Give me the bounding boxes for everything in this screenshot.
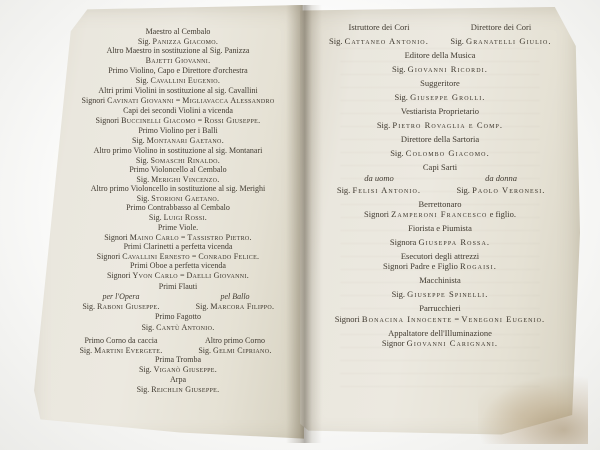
text: Sig. xyxy=(196,302,211,311)
text: Altro primo Violino in sostituzione al s… xyxy=(94,146,263,155)
person-name: Reichlin Giuseppe. xyxy=(151,385,219,394)
person-name: Giuseppa Rossa. xyxy=(418,237,490,247)
role-title-line: Primo Violino, Capo e Direttore d'orches… xyxy=(64,67,292,75)
name-line: Sig. Giovanni Ricordi. xyxy=(318,65,562,74)
name-line: Sig. Pietro Rovaglia e Comp. xyxy=(318,121,562,130)
text: Sig. xyxy=(82,302,97,311)
person-name: Cavallini Eugenio. xyxy=(150,76,220,85)
two-column-line: per l'Operapel Ballo xyxy=(64,293,292,301)
person-name: Viganò Giuseppe. xyxy=(154,365,217,374)
right-page-text-block: Istruttore dei CoriDirettore dei CoriSig… xyxy=(318,23,562,353)
text: Sig. xyxy=(141,323,156,332)
text: da donna xyxy=(485,173,517,183)
text: Prima Tromba xyxy=(155,355,201,364)
text: Sig. xyxy=(137,194,152,203)
role-title-line: Macchinista xyxy=(318,276,562,285)
text: Sig. xyxy=(136,156,151,165)
text: Sig. xyxy=(136,76,151,85)
text: Signori Padre e Figlio xyxy=(383,261,460,271)
name-line: Sig. Somaschi Rinaldo. xyxy=(64,157,292,165)
text: Esecutori degli attrezzi xyxy=(401,251,479,261)
text: Direttore della Sartoria xyxy=(401,134,479,144)
person-name: Rossi Giuseppe. xyxy=(204,116,260,125)
left-page: Maestro al CembaloSig. Panizza Giacomo.A… xyxy=(28,5,304,443)
role-title-line: Vestiarista Proprietario xyxy=(318,107,562,116)
text: Sig. xyxy=(450,36,466,46)
person-name: Storioni Gaetano. xyxy=(151,194,219,203)
column: Direttore dei Cori xyxy=(440,23,562,32)
role-title-line: Primo Fagotto xyxy=(64,313,292,321)
text: Sig. xyxy=(394,92,410,102)
person-name: Felisi Antonio. xyxy=(352,185,421,195)
text: Sig. xyxy=(390,148,406,158)
role-title-line: Prima Tromba xyxy=(64,356,292,364)
two-column-line: Istruttore dei CoriDirettore dei Cori xyxy=(318,23,562,32)
name-line: Signori Padre e Figlio Rogaisi. xyxy=(318,262,562,271)
column: Sig. Paolo Veronesi. xyxy=(440,186,562,195)
person-name: Zamperoni Francesco xyxy=(391,209,487,219)
person-name: Raboni Giuseppe. xyxy=(97,302,160,311)
text: Sig. xyxy=(392,289,408,299)
text: Sig. xyxy=(392,64,408,74)
name-line: Sig. Luigi Rossi. xyxy=(64,214,292,222)
name-line: Sig. Giuseppe Grolli. xyxy=(318,93,562,102)
person-name: Buccinelli Giacomo xyxy=(121,116,196,125)
role-title-line: Primo Violoncello al Cembalo xyxy=(64,166,292,174)
role-title-line: Primo Violino per i Balli xyxy=(64,127,292,135)
person-name: Panizza Giacomo. xyxy=(152,37,218,46)
text: Altri primi Violini in sostituzione al s… xyxy=(98,86,257,95)
person-name: Giovanni Ricordi. xyxy=(408,64,488,74)
role-title-line: Esecutori degli attrezzi xyxy=(318,252,562,261)
text: Capi dei secondi Violini a vicenda xyxy=(123,106,233,115)
role-title-line: Berrettonaro xyxy=(318,200,562,209)
name-line: Signori Bonacina Innocente = Venegoni Eu… xyxy=(318,315,562,324)
text: Primi Oboe a perfetta vicenda xyxy=(130,261,226,270)
text: Istruttore dei Cori xyxy=(349,22,410,32)
two-column-line: Sig. Felisi Antonio.Sig. Paolo Veronesi. xyxy=(318,186,562,195)
column: Sig. Marcora Filippo. xyxy=(178,303,292,311)
text: Appaltatore dell'Illuminazione xyxy=(388,328,492,338)
person-name: Yvon Carlo xyxy=(133,271,178,280)
person-name: Bajetti Giovanni. xyxy=(146,56,211,65)
name-line: Signori Buccinelli Giacomo = Rossi Giuse… xyxy=(64,117,292,125)
two-column-line: Sig. Raboni Giuseppe.Sig. Marcora Filipp… xyxy=(64,303,292,311)
text: Sig. xyxy=(79,346,94,355)
text: Primi Flauti xyxy=(159,282,197,291)
column: Sig. Raboni Giuseppe. xyxy=(64,303,178,311)
person-name: Cavinati Giovanni xyxy=(107,96,174,105)
person-name: Somaschi Rinaldo. xyxy=(151,156,221,165)
role-title-line: Primi Oboe a perfetta vicenda xyxy=(64,262,292,270)
text: Signori xyxy=(335,314,362,324)
text: Primo Corno da caccia xyxy=(84,336,157,345)
person-name: Giovanni Carignani. xyxy=(407,338,499,348)
person-name: Rogaisi. xyxy=(460,261,497,271)
column: Sig. Granatelli Giulio. xyxy=(440,37,562,46)
scanned-book-spread: Maestro al CembaloSig. Panizza Giacomo.A… xyxy=(0,0,600,450)
text: Primo Violoncello al Cembalo xyxy=(129,165,226,174)
person-name: Conrado Felice. xyxy=(198,252,259,261)
person-name: Marcora Filippo. xyxy=(210,302,274,311)
text: Sig. xyxy=(132,136,147,145)
person-name: Granatelli Giulio. xyxy=(466,36,552,46)
person-name: Merighi Vincenzo. xyxy=(151,175,220,184)
text: Sig. xyxy=(138,37,153,46)
role-title-line: Editore della Musica xyxy=(318,51,562,60)
text: Sig. xyxy=(136,175,151,184)
text: Sig. xyxy=(456,185,472,195)
name-line: Signora Giuseppa Rossa. xyxy=(318,238,562,247)
text: Altro Maestro in sostituzione al Sig. Pa… xyxy=(107,46,250,55)
text: Primo Fagotto xyxy=(155,312,201,321)
text: = xyxy=(452,314,461,324)
text: Altro primo Violoncello in sostituzione … xyxy=(91,184,265,193)
text: Prime Viole. xyxy=(158,223,198,232)
name-line: Signori Cavallini Ernesto = Conrado Feli… xyxy=(64,253,292,261)
name-line: Sig. Giuseppe Spinelli. xyxy=(318,290,562,299)
person-name: Luigi Rossi. xyxy=(164,213,208,222)
name-line: Sig. Colombo Giacomo. xyxy=(318,149,562,158)
role-title-line: Prime Viole. xyxy=(64,224,292,232)
text: pel Ballo xyxy=(220,292,249,301)
text: Sig. xyxy=(137,385,152,394)
text: Capi Sarti xyxy=(423,162,457,172)
role-title-line: Appaltatore dell'Illuminazione xyxy=(318,329,562,338)
role-title-line: Altro primo Violoncello in sostituzione … xyxy=(64,185,292,193)
text: = xyxy=(174,96,183,105)
text: Sig. xyxy=(198,346,213,355)
name-line: Sig. Cantù Antonio. xyxy=(64,324,292,332)
text: Signora xyxy=(390,237,419,247)
text: Parrucchieri xyxy=(419,303,461,313)
column: Sig. Gelmi Cipriano. xyxy=(178,347,292,355)
person-name: Martini Evergete. xyxy=(94,346,162,355)
name-line: Signori Yvon Carlo = Daelli Giovanni. xyxy=(64,272,292,280)
text: Maestro al Cembalo xyxy=(146,27,211,36)
text: per l'Opera xyxy=(102,292,139,301)
column: Altro primo Corno xyxy=(178,337,292,345)
role-title-line: Altro primo Violino in sostituzione al s… xyxy=(64,147,292,155)
role-title-line: Primi Clarinetti a perfetta vicenda xyxy=(64,243,292,251)
person-name: Cantù Antonio. xyxy=(156,323,214,332)
name-line: Signori Cavinati Giovanni = Migliavacca … xyxy=(64,97,292,105)
person-name: Cattaneo Antonio. xyxy=(345,36,429,46)
column: per l'Opera xyxy=(64,293,178,301)
role-title-line: Suggeritore xyxy=(318,79,562,88)
name-line: Sig. Montanari Gaetano. xyxy=(64,137,292,145)
name-line: Sig. Storioni Gaetano. xyxy=(64,195,292,203)
column: Primo Corno da caccia xyxy=(64,337,178,345)
text: Signori xyxy=(97,252,123,261)
text: Macchinista xyxy=(419,275,461,285)
column: Sig. Martini Evergete. xyxy=(64,347,178,355)
person-name: Venegoni Eugenio. xyxy=(461,314,545,324)
two-column-line: Sig. Cattaneo Antonio.Sig. Granatelli Gi… xyxy=(318,37,562,46)
name-line: Sig. Panizza Giacomo. xyxy=(64,38,292,46)
person-name: Paolo Veronesi. xyxy=(472,185,545,195)
text: Signor xyxy=(382,338,407,348)
role-title-line: Arpa xyxy=(64,376,292,384)
two-column-line: Sig. Martini Evergete.Sig. Gelmi Ciprian… xyxy=(64,347,292,355)
name-line: Signor Giovanni Carignani. xyxy=(318,339,562,348)
column: da uomo xyxy=(318,174,440,183)
role-title-line: Parrucchieri xyxy=(318,304,562,313)
text: Signori xyxy=(107,271,133,280)
column: da donna xyxy=(440,174,562,183)
name-line: Bajetti Giovanni. xyxy=(64,57,292,65)
column: Sig. Felisi Antonio. xyxy=(318,186,440,195)
text: Primo Contrabbasso al Cembalo xyxy=(126,203,230,212)
text: Sig. xyxy=(149,213,164,222)
person-name: Migliavacca Alessandro xyxy=(182,96,274,105)
right-page: Istruttore dei CoriDirettore dei CoriSig… xyxy=(300,7,580,441)
person-name: Pietro Rovaglia e Comp. xyxy=(392,120,503,130)
name-line: Signori Zamperoni Francesco e figlio. xyxy=(318,210,562,219)
text: = xyxy=(196,116,205,125)
column: Istruttore dei Cori xyxy=(318,23,440,32)
person-name: Gelmi Cipriano. xyxy=(213,346,272,355)
text: da uomo xyxy=(364,173,394,183)
text: Vestiarista Proprietario xyxy=(401,106,479,116)
role-title-line: Capi dei secondi Violini a vicenda xyxy=(64,107,292,115)
person-name: Giuseppe Grolli. xyxy=(410,92,485,102)
person-name: Colombo Giacomo. xyxy=(406,148,490,158)
name-line: Sig. Viganò Giuseppe. xyxy=(64,366,292,374)
text: Sig. xyxy=(329,36,345,46)
name-line: Sig. Merighi Vincenzo. xyxy=(64,176,292,184)
person-name: Giuseppe Spinelli. xyxy=(407,289,488,299)
column: Sig. Cattaneo Antonio. xyxy=(318,37,440,46)
text: Direttore dei Cori xyxy=(471,22,531,32)
text: Sig. xyxy=(377,120,393,130)
text: Suggeritore xyxy=(420,78,460,88)
text: Sig. xyxy=(337,185,353,195)
person-name: Bonacina Innocente xyxy=(362,314,452,324)
person-name: Maino Carlo xyxy=(130,233,179,242)
role-title-line: Capi Sarti xyxy=(318,163,562,172)
two-column-line: Primo Corno da cacciaAltro primo Corno xyxy=(64,337,292,345)
name-line: Altro Maestro in sostituzione al Sig. Pa… xyxy=(64,47,292,55)
role-title-line: Direttore della Sartoria xyxy=(318,135,562,144)
name-line: Signori Maino Carlo = Tassistro Pietro. xyxy=(64,234,292,242)
text: Signori xyxy=(364,209,391,219)
role-title-line: Maestro al Cembalo xyxy=(64,28,292,36)
person-name: Daelli Giovanni. xyxy=(186,271,249,280)
name-line: Sig. Cavallini Eugenio. xyxy=(64,77,292,85)
text: Fiorista e Piumista xyxy=(408,223,472,233)
role-title-line: Fiorista e Piumista xyxy=(318,224,562,233)
text: Primo Violino, Capo e Direttore d'orches… xyxy=(108,66,247,75)
text: Editore della Musica xyxy=(405,50,476,60)
person-name: Montanari Gaetano. xyxy=(147,136,224,145)
text: Berrettonaro xyxy=(419,199,462,209)
two-column-line: da uomoda donna xyxy=(318,174,562,183)
text: Sig. xyxy=(139,365,154,374)
person-name: Cavallini Ernesto xyxy=(122,252,190,261)
text: Arpa xyxy=(170,375,186,384)
text: Primo Violino per i Balli xyxy=(138,126,217,135)
text: Primi Clarinetti a perfetta vicenda xyxy=(124,242,233,251)
role-title-line: Primi Flauti xyxy=(64,283,292,291)
name-line: Sig. Reichlin Giuseppe. xyxy=(64,386,292,394)
text: Altro primo Corno xyxy=(205,336,265,345)
left-page-text-block: Maestro al CembaloSig. Panizza Giacomo.A… xyxy=(64,26,292,396)
text: Signori xyxy=(82,96,108,105)
role-title-line: Altri primi Violini in sostituzione al s… xyxy=(64,87,292,95)
person-name: Tassistro Pietro. xyxy=(187,233,251,242)
text: Signori xyxy=(104,233,130,242)
text: e figlio. xyxy=(487,209,516,219)
text: Signori xyxy=(96,116,122,125)
role-title-line: Primo Contrabbasso al Cembalo xyxy=(64,204,292,212)
column: pel Ballo xyxy=(178,293,292,301)
